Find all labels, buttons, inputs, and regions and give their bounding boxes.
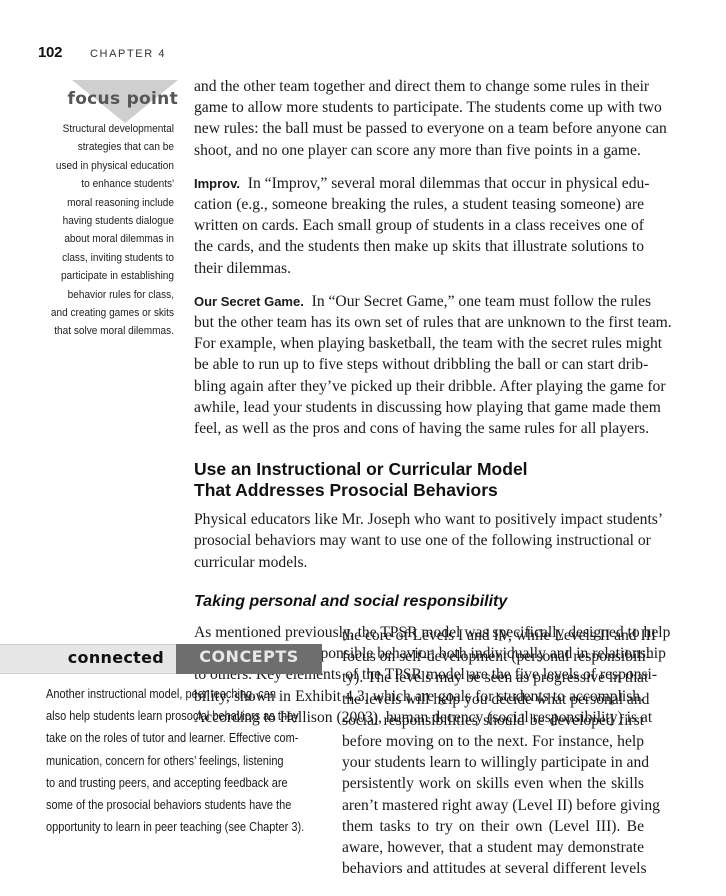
connected-concepts-label-right: CONCEPTS: [176, 647, 322, 666]
improv-paragraph: Improv. In “Improv,” several moral dilem…: [194, 173, 644, 279]
focus-line: that solve moral dilemmas.: [30, 322, 174, 340]
cc-line: munication, concern for others’ feelings…: [46, 750, 290, 772]
text-line: awhile, lead your students in discussing…: [194, 397, 644, 418]
text-line: cation (e.g., someone breaking the rules…: [194, 194, 644, 215]
focus-line: and creating games or skits: [30, 304, 174, 322]
focus-line: moral reasoning include: [30, 194, 174, 212]
connected-concepts-text: Another instructional model, peer teachi…: [46, 683, 330, 838]
text-line: prosocial behaviors may want to use one …: [194, 530, 644, 551]
text-line: behaviors and attitudes at several diffe…: [342, 858, 644, 879]
section-intro-paragraph: Physical educators like Mr. Joseph who w…: [194, 509, 644, 573]
text-line: game to allow more students to participa…: [194, 97, 644, 118]
text-line: be able to run up to five steps without …: [194, 354, 644, 375]
section-heading-line: That Addresses Prosocial Behaviors: [194, 480, 644, 501]
tpsr-wrapped-column: the core of Levels I and IV, while Level…: [342, 625, 644, 879]
focus-line: class, inviting students to: [30, 249, 174, 267]
focus-line: to enhance students': [30, 175, 174, 193]
text-line: bling again after they’ve picked up thei…: [194, 376, 644, 397]
text-line: Improv. In “Improv,” several moral dilem…: [194, 173, 644, 194]
focus-line: Structural developmental: [30, 120, 174, 138]
text-line: feel, as well as the pros and cons of ha…: [194, 418, 644, 439]
section-heading: Use an Instructional or Curricular Model…: [194, 459, 644, 501]
focus-line: behavior rules for class,: [30, 286, 174, 304]
page-number: 102: [38, 44, 62, 61]
text-line: Physical educators like Mr. Joseph who w…: [194, 509, 644, 530]
text-line: the levels will help you decide what per…: [342, 689, 644, 710]
text-line: For example, when playing basketball, th…: [194, 333, 644, 354]
section-heading-line: Use an Instructional or Curricular Model: [194, 459, 644, 480]
secret-game-runin-heading: Our Secret Game.: [194, 294, 304, 309]
text-line: before moving on to the next. For instan…: [342, 731, 644, 752]
focus-line: used in physical education: [30, 157, 174, 175]
text-line: curricular models.: [194, 552, 644, 573]
cc-line: some of the prosocial behaviors students…: [46, 794, 290, 816]
focus-point-title: focus point: [30, 89, 178, 109]
text-line: their dilemmas.: [194, 258, 644, 279]
cc-line: opportunity to learn in peer teaching (s…: [46, 816, 290, 838]
text-span: In “Improv,” several moral dilemmas that…: [248, 175, 650, 192]
improv-runin-heading: Improv.: [194, 176, 240, 191]
focus-line: participate in establishing: [30, 267, 174, 285]
text-line: the cards, and the students then make up…: [194, 236, 644, 257]
text-line: Our Secret Game. In “Our Secret Game,” o…: [194, 291, 644, 312]
text-line: but the other team has its own set of ru…: [194, 312, 644, 333]
text-line: aware, however, that a student may demon…: [342, 837, 644, 858]
text-span: In “Our Secret Game,” one team must foll…: [312, 293, 651, 310]
text-line: aren’t mastered right away (Level II) be…: [342, 795, 644, 816]
text-line: social responsibilities should be develo…: [342, 710, 644, 731]
focus-point-text: Structural developmental strategies that…: [30, 120, 174, 341]
text-line: ty). The levels may be seen as progressi…: [342, 667, 644, 688]
cc-line: Another instructional model, peer teachi…: [46, 683, 290, 705]
text-line: your students learn to willingly partici…: [342, 752, 644, 773]
text-line: written on cards. Each small group of st…: [194, 215, 644, 236]
text-line: persistently work on skills even when th…: [342, 773, 644, 794]
text-line: focus on self-development (personal resp…: [342, 646, 644, 667]
focus-line: about moral dilemmas in: [30, 230, 174, 248]
text-line: shoot, and no one player can score any m…: [194, 140, 644, 161]
intro-paragraph: and the other team together and direct t…: [194, 76, 644, 161]
secret-game-paragraph: Our Secret Game. In “Our Secret Game,” o…: [194, 291, 644, 439]
text-line: and the other team together and direct t…: [194, 76, 644, 97]
subheading: Taking personal and social responsibilit…: [194, 591, 644, 612]
text-line: them tasks to try on their own (Level II…: [342, 816, 644, 837]
connected-concepts-label-left: connected: [0, 648, 164, 667]
focus-line: strategies that can be: [30, 138, 174, 156]
text-line: the core of Levels I and IV, while Level…: [342, 625, 644, 646]
focus-line: having students dialogue: [30, 212, 174, 230]
text-line: new rules: the ball must be passed to ev…: [194, 118, 644, 139]
cc-line: take on the roles of tutor and learner. …: [46, 727, 290, 749]
cc-line: also help students learn prosocial behav…: [46, 705, 290, 727]
chapter-label: CHAPTER 4: [90, 48, 166, 60]
cc-line: to and trusting peers, and accepting fee…: [46, 772, 290, 794]
